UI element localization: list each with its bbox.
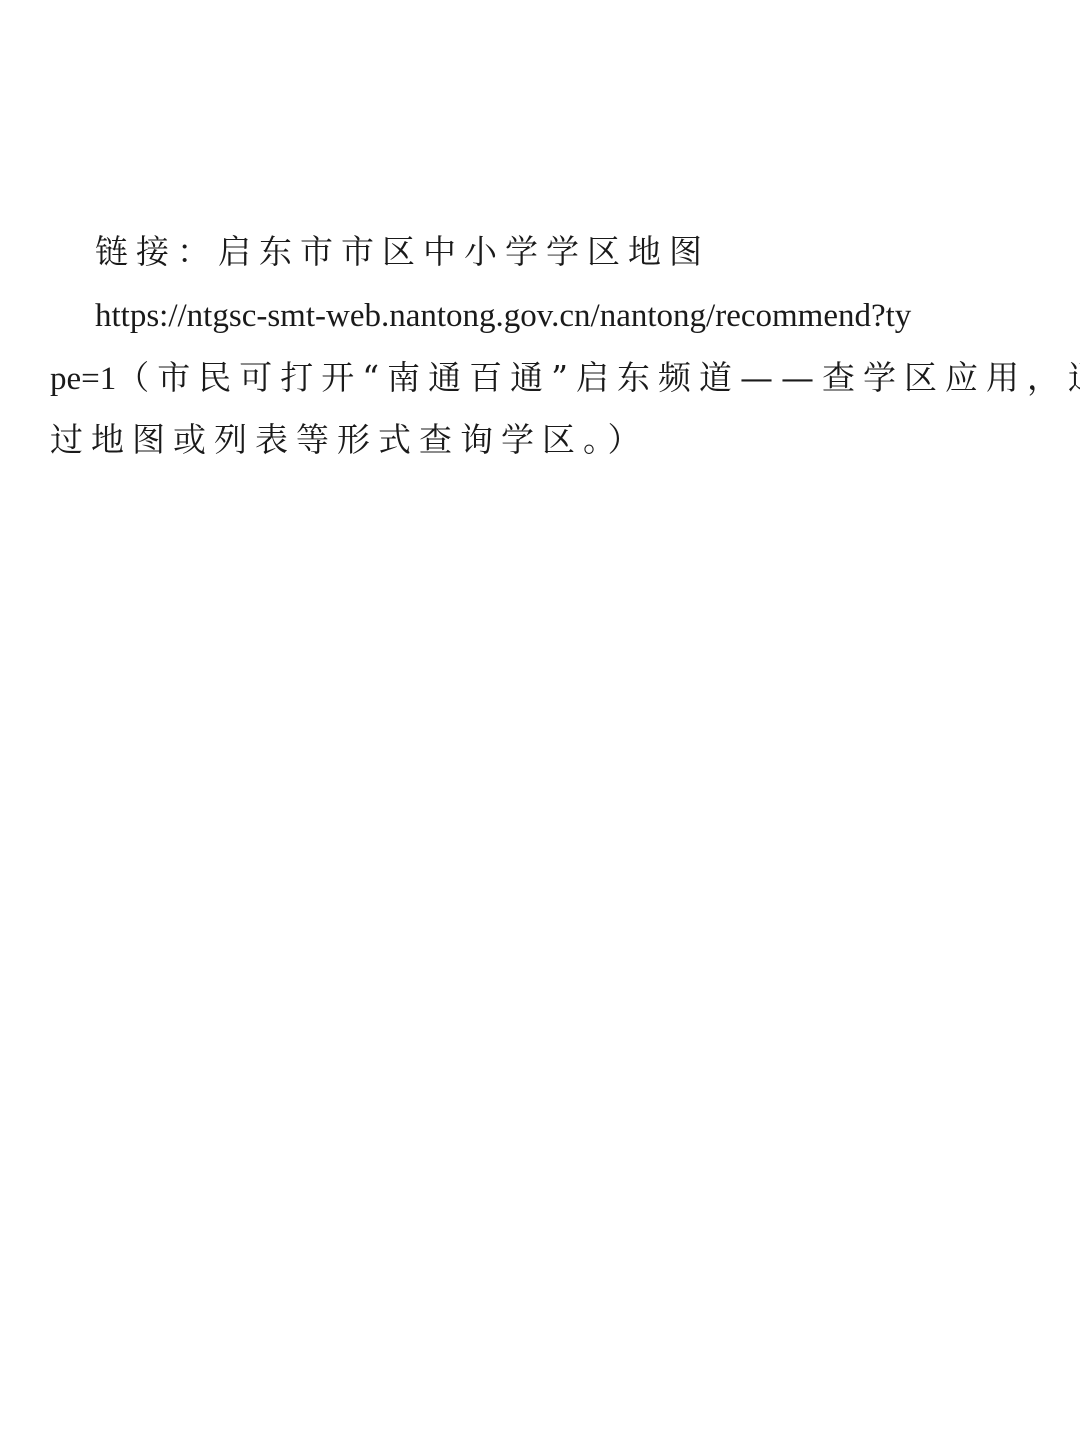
url-and-note-line: pe=1（市民可打开“南通百通”启东频道——查学区应用，通 (50, 358, 1080, 399)
url-text-part2[interactable]: pe=1 (50, 361, 116, 397)
url-line-1[interactable]: https://ntgsc-smt-web.nantong.gov.cn/nan… (95, 296, 911, 336)
note-text-line1: （市民可打开“南通百通”启东频道——查学区应用，通 (116, 358, 1080, 397)
link-title: 启东市市区中小学学区地图 (218, 232, 710, 271)
note-line-2: 过地图或列表等形式查询学区。） (50, 420, 649, 460)
link-heading: 链接：启东市市区中小学学区地图 (95, 232, 710, 272)
url-text-part1[interactable]: https://ntgsc-smt-web.nantong.gov.cn/nan… (95, 298, 911, 334)
note-text-line2: 过地图或列表等形式查询学区。） (50, 420, 649, 459)
link-label: 链接： (95, 232, 218, 271)
document-page: 链接：启东市市区中小学学区地图 https://ntgsc-smt-web.na… (0, 0, 1080, 1440)
